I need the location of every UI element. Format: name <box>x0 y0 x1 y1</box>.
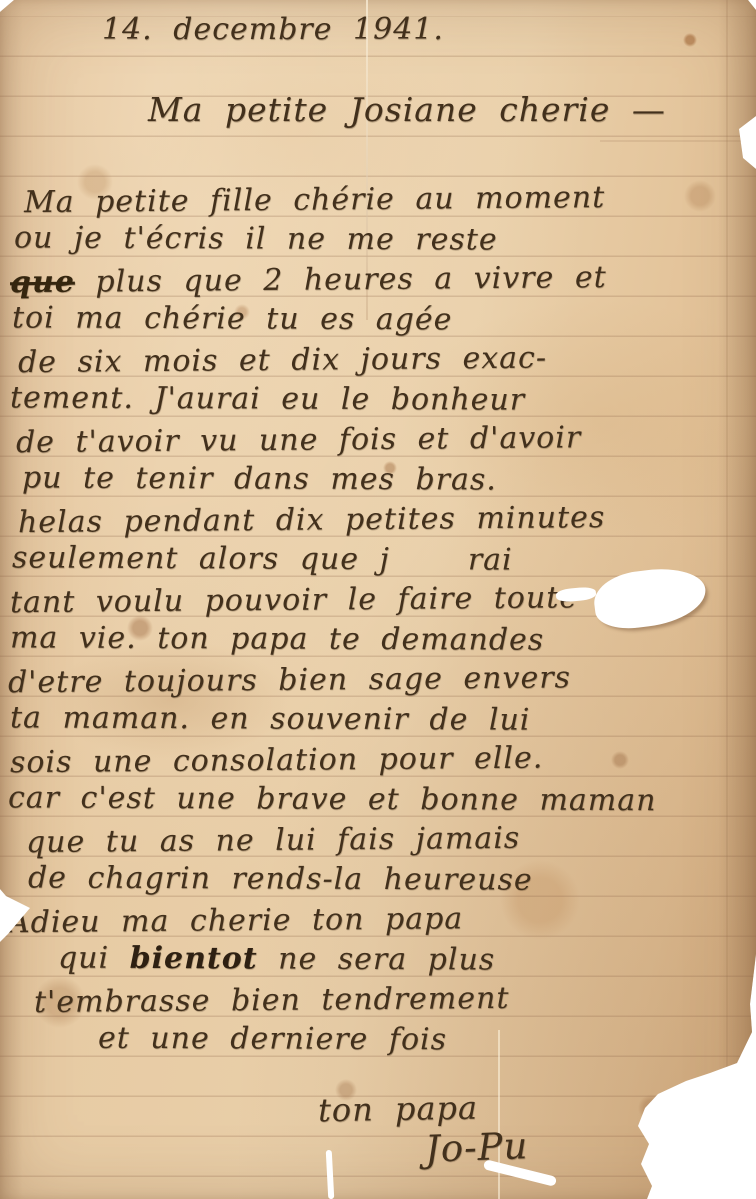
letter-text: de chagrin rends-la heureuse <box>28 860 533 897</box>
letter-text: ta maman. en souvenir de lui <box>10 700 531 737</box>
salutation-line: Ma petite Josiane cherie — <box>148 90 666 129</box>
letter-text: Ma petite fille chérie au moment <box>24 180 606 220</box>
scanned-letter: 14. decembre 1941. Ma petite Josiane che… <box>0 0 756 1199</box>
letter-text: et une derniere fois <box>98 1021 447 1058</box>
letter-text: ne sera plus <box>258 941 496 977</box>
date-line: 14. decembre 1941. <box>102 12 444 47</box>
letter-text: seulement alors que j <box>12 540 390 577</box>
letter-line: helas pendant dix petites minutes <box>8 497 756 544</box>
letter-text: Adieu ma cherie ton papa <box>8 901 463 940</box>
letter-page: 14. decembre 1941. Ma petite Josiane che… <box>0 0 756 1199</box>
letter-line: que tu as ne lui fais jamais <box>8 817 756 864</box>
letter-text: rai <box>468 542 513 577</box>
letter-text: helas pendant dix petites minutes <box>18 500 606 540</box>
letter-text: ma vie. ton papa te demandes <box>10 620 544 657</box>
letter-line: qui bientot ne sera plus <box>8 938 756 981</box>
closing-line: ton papa <box>318 1089 479 1130</box>
letter-text: sois une consolation pour elle. <box>10 741 544 781</box>
letter-line: toi ma chérie tu es agée <box>8 298 756 341</box>
letter-text: qui <box>58 941 130 976</box>
letter-text: tant voulu pouvoir le faire toute <box>10 580 578 620</box>
letter-text: d'etre toujours bien sage envers <box>8 660 571 700</box>
letter-text: ou je t'écris il ne me reste <box>14 220 498 257</box>
letter-text: de t'avoir vu une fois et d'avoir <box>16 420 582 460</box>
letter-line: ta maman. en souvenir de lui <box>8 698 756 741</box>
letter-text: tement. J'aurai eu le bonheur <box>10 380 525 417</box>
horizontal-crease <box>600 140 756 142</box>
letter-text: t'embrasse bien tendrement <box>34 981 510 1020</box>
letter-text: de six mois et dix jours exac- <box>18 341 547 381</box>
letter-line: de t'avoir vu une fois et d'avoir <box>8 417 756 464</box>
letter-line: ou je t'écris il ne me reste <box>8 218 756 261</box>
letter-line: pu te tenir dans mes bras. <box>8 458 756 501</box>
letter-line: Ma petite fille chérie au moment <box>8 177 756 224</box>
letter-line: de six mois et dix jours exac- <box>8 337 756 384</box>
letter-line: d'etre toujours bien sage envers <box>8 657 756 704</box>
signature: Jo-Pu <box>424 1124 529 1171</box>
letter-text: pu te tenir dans mes bras. <box>22 460 497 497</box>
letter-line: sois une consolation pour elle. <box>8 737 756 784</box>
letter-line: Adieu ma cherie ton papa <box>8 897 756 944</box>
letter-line: de chagrin rends-la heureuse <box>8 858 756 901</box>
letter-line: tement. J'aurai eu le bonheur <box>8 378 756 421</box>
letter-text: plus que 2 heures a vivre et <box>75 260 607 300</box>
letter-text: que tu as ne lui fais jamais <box>26 821 521 860</box>
letter-word-strike: que <box>10 265 75 301</box>
letter-line: t'embrasse bien tendrement <box>8 977 756 1024</box>
letter-text: toi ma chérie tu es agée <box>12 300 453 337</box>
letter-word-bold: bientot <box>130 941 258 977</box>
letter-line: que plus que 2 heures a vivre et <box>8 257 756 304</box>
letter-text: car c'est une brave et bonne maman <box>8 780 657 818</box>
letter-line: car c'est une brave et bonne maman <box>8 778 756 821</box>
paper-nick <box>326 1150 335 1199</box>
letter-line: et une derniere fois <box>8 1018 756 1061</box>
